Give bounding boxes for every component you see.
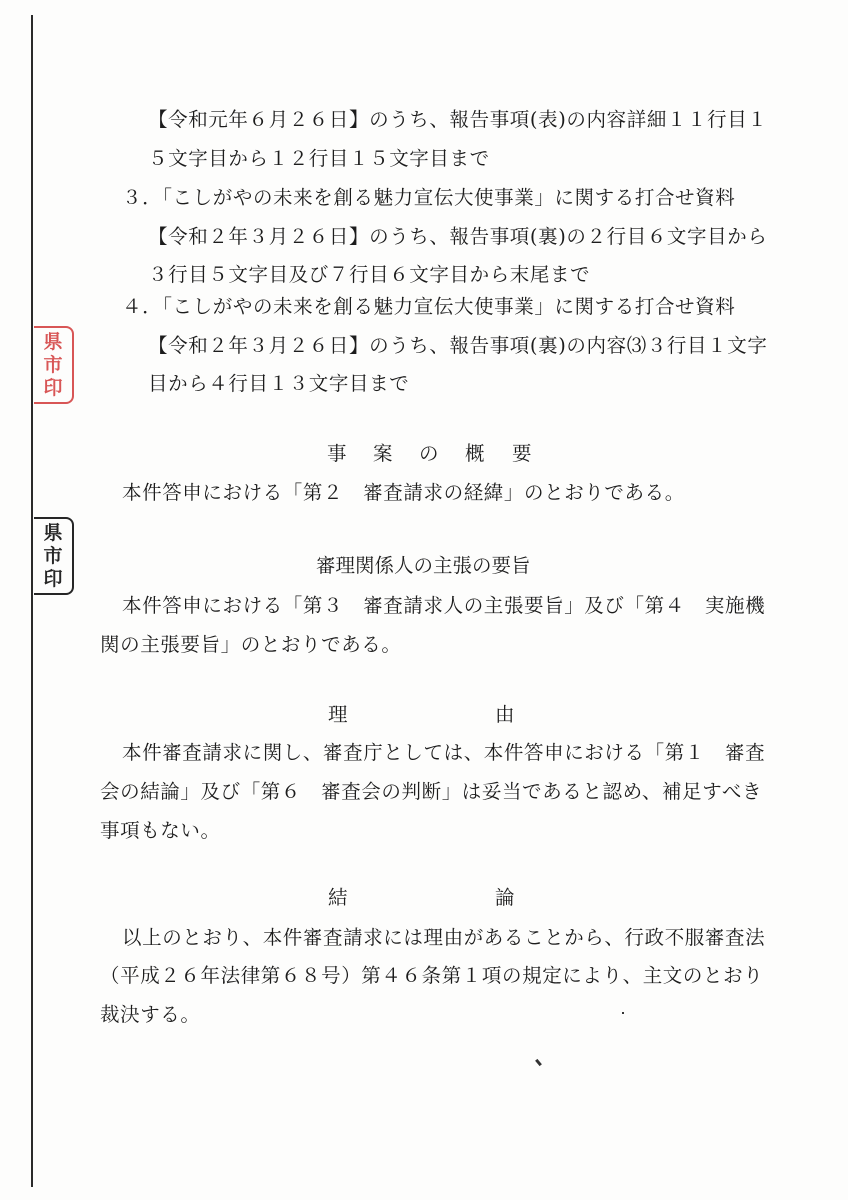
reason-line-1: 本件審査請求に関し、審査庁としては、本件答申における「第１ 審査 xyxy=(122,740,765,766)
red-seal-stamp: 県 市 印 xyxy=(34,326,74,404)
item2-line-2: ５文字目から１２行目１５文字目まで xyxy=(148,146,490,172)
item3-line-1: 【令和２年３月２６日】のうち、報告事項(裏)の２行目６文字目から xyxy=(148,224,767,250)
reason-line-3: 事項もない。 xyxy=(100,818,221,844)
conclusion-line-1: 以上のとおり、本件審査請求には理由があることから、行政不服審査法 xyxy=(122,925,765,951)
scan-speck xyxy=(622,1012,624,1014)
scan-speck xyxy=(535,1059,542,1066)
parties-heading: 審理関係人の主張の要旨 xyxy=(316,553,531,579)
parties-line-2: 関の主張要旨」のとおりである。 xyxy=(100,632,402,658)
seal-char: 県 xyxy=(43,332,62,352)
item3-line-2: ３行目５文字目及び７行目６文字目から末尾まで xyxy=(148,262,590,288)
seal-char: 市 xyxy=(43,355,62,375)
item4-title: 「こしがやの未来を創る魅力宣伝大使事業」に関する打合せ資料 xyxy=(162,295,735,318)
item3-title-line: ３．「こしがやの未来を創る魅力宣伝大使事業」に関する打合せ資料 xyxy=(122,185,735,211)
item2-line-1: 【令和元年６月２６日】のうち、報告事項(表)の内容詳細１１行目１ xyxy=(148,107,767,133)
seal-char: 印 xyxy=(43,569,62,589)
item4-line-1: 【令和２年３月２６日】のうち、報告事項(裏)の内容⑶３行目１文字 xyxy=(148,333,767,359)
item4-title-line: ４．「こしがやの未来を創る魅力宣伝大使事業」に関する打合せ資料 xyxy=(122,294,735,320)
item4-line-2: 目から４行目１３文字目まで xyxy=(148,371,409,397)
conclusion-line-2: （平成２６年法律第６８号）第４６条第１項の規定により、主文のとおり xyxy=(100,963,763,989)
seal-char: 県 xyxy=(43,523,62,543)
conclusion-line-3: 裁決する。 xyxy=(100,1002,201,1028)
binding-margin-line xyxy=(31,15,33,1187)
parties-line-1: 本件答申における「第３ 審査請求人の主張要旨」及び「第４ 実施機 xyxy=(122,593,765,619)
black-seal-stamp: 県 市 印 xyxy=(34,517,74,595)
item3-number: ３． xyxy=(122,186,162,209)
summary-line-1: 本件答申における「第２ 審査請求の経緯」のとおりである。 xyxy=(122,480,685,506)
reason-line-2: 会の結論」及び「第６ 審査会の判断」は妥当であると認め、補足すべき xyxy=(100,779,762,805)
seal-char: 印 xyxy=(43,378,62,398)
seal-char: 市 xyxy=(43,546,62,566)
item4-number: ４． xyxy=(122,295,162,318)
item3-title: 「こしがやの未来を創る魅力宣伝大使事業」に関する打合せ資料 xyxy=(162,186,735,209)
